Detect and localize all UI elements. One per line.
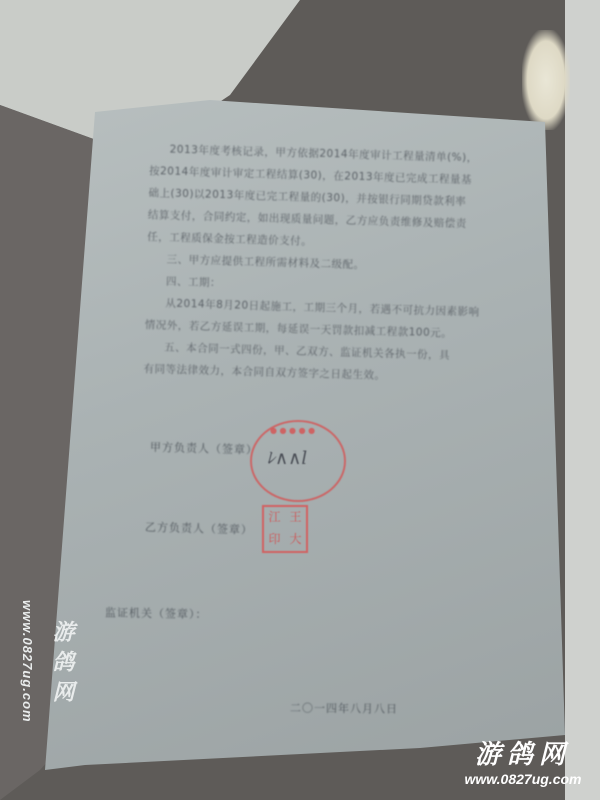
watermark-brand: 游鸽网 [448, 740, 598, 770]
background-object [522, 30, 570, 130]
seal-char: 王 [285, 507, 306, 529]
document-date: 二〇一四年八月八日 [290, 700, 398, 717]
watermark-vertical: www.0827ug.com 游鸽网 [18, 600, 93, 780]
watermark-corner: 游鸽网 www.0827ug.com [448, 740, 598, 788]
party-a-signature-label: 甲方负责人（签章） [150, 439, 258, 458]
seal-ring-text: ● ● ● ● ● [270, 426, 315, 435]
round-official-seal: ● ● ● ● ● ﾚ∧∧l [250, 420, 346, 502]
watermark-brand: 游鸽网 [46, 620, 77, 710]
document-text: 2013年度考核记录，甲方依据2014年度审计工程量清单(%)， 按2014年度… [143, 138, 545, 391]
watermark-url: www.0827ug.com [448, 770, 598, 788]
seal-char: 江 [264, 507, 285, 529]
watermark-url: www.0827ug.com [20, 600, 35, 723]
background-edge [565, 0, 600, 800]
seal-char: 印 [264, 529, 285, 551]
square-personal-seal: 江 王 印 大 [262, 505, 308, 553]
seal-char: 大 [285, 529, 306, 551]
witness-signature-label: 监证机关（签章）： [105, 604, 208, 622]
handwritten-signature: ﾚ∧∧l [266, 444, 307, 470]
party-b-signature-label: 乙方负责人（签章） [145, 519, 253, 538]
